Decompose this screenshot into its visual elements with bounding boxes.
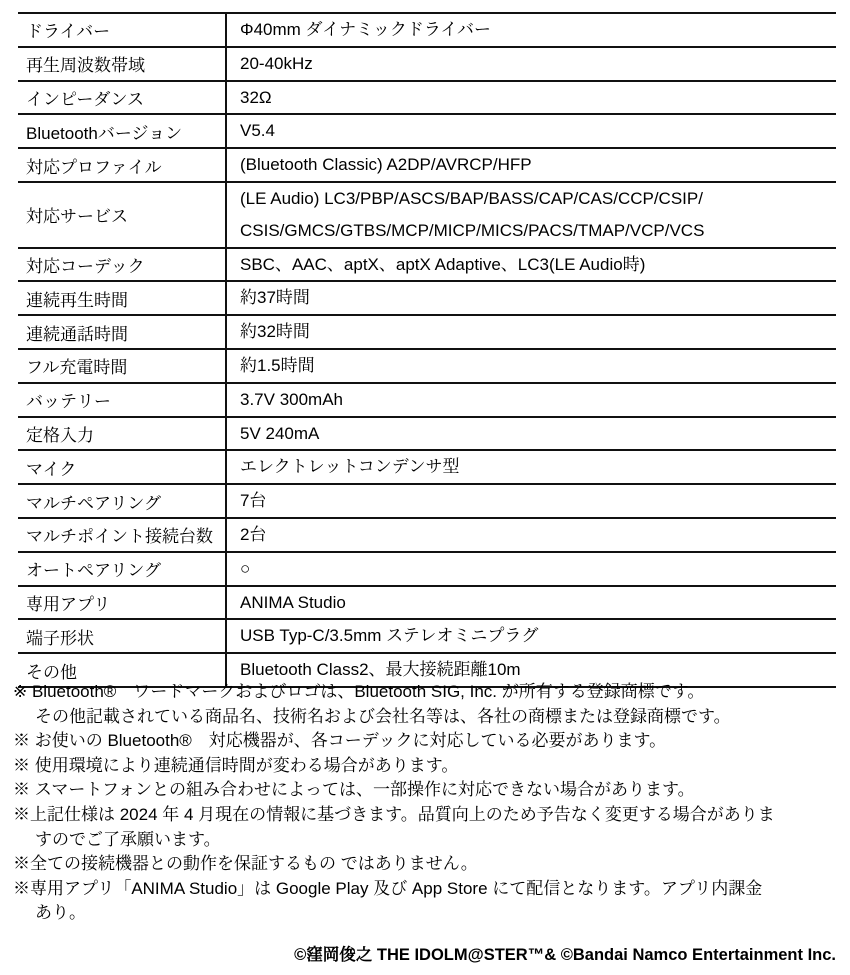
spec-value: Φ40mm ダイナミックドライバー	[226, 13, 836, 47]
spec-value: ANIMA Studio	[226, 586, 836, 620]
footnote-line: ※ お使いの Bluetooth® 対応機器が、各コーデックに対応している必要が…	[13, 729, 841, 754]
spec-value-line: 20-40kHz	[240, 48, 832, 80]
spec-value-line: (LE Audio) LC3/PBP/ASCS/BAP/BASS/CAP/CAS…	[240, 183, 832, 215]
spec-label: マルチポイント接続台数	[18, 518, 226, 552]
table-row: マルチポイント接続台数2台	[18, 518, 836, 552]
footnote: ※上記仕様は 2024 年 4 月現在の情報に基づきます。品質向上のため予告なく…	[13, 803, 841, 852]
table-row: インピーダンス32Ω	[18, 81, 836, 115]
table-row: フル充電時間約1.5時間	[18, 349, 836, 383]
table-row: マルチペアリング7台	[18, 484, 836, 518]
spec-value-line: 約32時間	[240, 316, 832, 348]
spec-value-line: 3.7V 300mAh	[240, 384, 832, 416]
footnote-line: ※ Bluetooth® ワードマークおよびロゴは、Bluetooth SIG,…	[13, 680, 841, 705]
table-row: マイクエレクトレットコンデンサ型	[18, 450, 836, 484]
table-row: BluetoothバージョンV5.4	[18, 114, 836, 148]
spec-value-line: 約1.5時間	[240, 350, 832, 382]
spec-value-line: ○	[240, 553, 832, 585]
spec-label: インピーダンス	[18, 81, 226, 115]
footnote: ※ お使いの Bluetooth® 対応機器が、各コーデックに対応している必要が…	[13, 729, 841, 754]
spec-value-line: 5V 240mA	[240, 418, 832, 450]
spec-value-line: (Bluetooth Classic) A2DP/AVRCP/HFP	[240, 149, 832, 181]
table-row: 対応プロファイル(Bluetooth Classic) A2DP/AVRCP/H…	[18, 148, 836, 182]
spec-label: 対応プロファイル	[18, 148, 226, 182]
spec-label: ドライバー	[18, 13, 226, 47]
footnote-line: ※全ての接続機器との動作を保証するもの ではありません。	[13, 852, 841, 877]
spec-value-line: SBC、AAC、aptX、aptX Adaptive、LC3(LE Audio時…	[240, 249, 832, 281]
spec-value: 5V 240mA	[226, 417, 836, 451]
spec-sheet-page: ドライバーΦ40mm ダイナミックドライバー再生周波数帯域20-40kHzインピ…	[0, 0, 850, 975]
spec-label: 連続通話時間	[18, 315, 226, 349]
spec-value-line: 7台	[240, 485, 832, 517]
spec-value-line: USB Typ-C/3.5mm ステレオミニプラグ	[240, 620, 832, 652]
spec-value: USB Typ-C/3.5mm ステレオミニプラグ	[226, 619, 836, 653]
spec-value: (LE Audio) LC3/PBP/ASCS/BAP/BASS/CAP/CAS…	[226, 182, 836, 248]
copyright-notice: ©窪岡俊之 THE IDOLM@STER™& ©Bandai Namco Ent…	[294, 941, 836, 965]
spec-label: 端子形状	[18, 619, 226, 653]
table-row: 再生周波数帯域20-40kHz	[18, 47, 836, 81]
table-row: 定格入力5V 240mA	[18, 417, 836, 451]
table-row: 対応サービス(LE Audio) LC3/PBP/ASCS/BAP/BASS/C…	[18, 182, 836, 248]
spec-table: ドライバーΦ40mm ダイナミックドライバー再生周波数帯域20-40kHzインピ…	[18, 12, 836, 688]
spec-value: 7台	[226, 484, 836, 518]
spec-value: (Bluetooth Classic) A2DP/AVRCP/HFP	[226, 148, 836, 182]
spec-value: 約32時間	[226, 315, 836, 349]
footnote: ※専用アプリ「ANIMA Studio」は Google Play 及び App…	[13, 877, 841, 926]
spec-label: フル充電時間	[18, 349, 226, 383]
spec-label: Bluetoothバージョン	[18, 114, 226, 148]
footnotes-section: ※ Bluetooth® ワードマークおよびロゴは、Bluetooth SIG,…	[13, 680, 841, 926]
spec-label: 定格入力	[18, 417, 226, 451]
spec-label: 専用アプリ	[18, 586, 226, 620]
spec-label: マイク	[18, 450, 226, 484]
footnote: ※全ての接続機器との動作を保証するもの ではありません。	[13, 852, 841, 877]
spec-value: 2台	[226, 518, 836, 552]
spec-value: エレクトレットコンデンサ型	[226, 450, 836, 484]
spec-value-line: 32Ω	[240, 82, 832, 114]
spec-value-line: エレクトレットコンデンサ型	[240, 451, 832, 483]
footnote: ※ スマートフォンとの組み合わせによっては、一部操作に対応できない場合があります…	[13, 778, 841, 803]
spec-value: 32Ω	[226, 81, 836, 115]
spec-value: ○	[226, 552, 836, 586]
footnote-line: すのでご了承願います。	[13, 828, 841, 853]
spec-label: 対応サービス	[18, 182, 226, 248]
table-row: 端子形状USB Typ-C/3.5mm ステレオミニプラグ	[18, 619, 836, 653]
footnote-line: ※ スマートフォンとの組み合わせによっては、一部操作に対応できない場合があります…	[13, 778, 841, 803]
table-row: バッテリー3.7V 300mAh	[18, 383, 836, 417]
footnote-line: ※専用アプリ「ANIMA Studio」は Google Play 及び App…	[13, 877, 841, 902]
table-row: 対応コーデックSBC、AAC、aptX、aptX Adaptive、LC3(LE…	[18, 248, 836, 282]
spec-label: バッテリー	[18, 383, 226, 417]
spec-value: 3.7V 300mAh	[226, 383, 836, 417]
spec-value-line: 2台	[240, 519, 832, 551]
table-row: ドライバーΦ40mm ダイナミックドライバー	[18, 13, 836, 47]
spec-value-line: ANIMA Studio	[240, 587, 832, 619]
spec-label: オートペアリング	[18, 552, 226, 586]
spec-value: SBC、AAC、aptX、aptX Adaptive、LC3(LE Audio時…	[226, 248, 836, 282]
spec-value-line: CSIS/GMCS/GTBS/MCP/MICP/MICS/PACS/TMAP/V…	[240, 215, 832, 247]
spec-label: 再生周波数帯域	[18, 47, 226, 81]
spec-value: V5.4	[226, 114, 836, 148]
spec-label: マルチペアリング	[18, 484, 226, 518]
spec-value-line: 約37時間	[240, 282, 832, 314]
spec-value-line: V5.4	[240, 115, 832, 147]
footnote: ※ Bluetooth® ワードマークおよびロゴは、Bluetooth SIG,…	[13, 680, 841, 729]
table-row: 専用アプリANIMA Studio	[18, 586, 836, 620]
spec-value-line: Φ40mm ダイナミックドライバー	[240, 14, 832, 46]
footnote-line: ※上記仕様は 2024 年 4 月現在の情報に基づきます。品質向上のため予告なく…	[13, 803, 841, 828]
footnote: ※ 使用環境により連続通信時間が変わる場合があります。	[13, 754, 841, 779]
footnote-line: あり。	[13, 901, 841, 926]
footnote-line: その他記載されている商品名、技術名および会社名等は、各社の商標または登録商標です…	[13, 705, 841, 730]
spec-label: 連続再生時間	[18, 281, 226, 315]
spec-value: 約1.5時間	[226, 349, 836, 383]
spec-value: 約37時間	[226, 281, 836, 315]
footnote-line: ※ 使用環境により連続通信時間が変わる場合があります。	[13, 754, 841, 779]
spec-label: 対応コーデック	[18, 248, 226, 282]
table-row: 連続通話時間約32時間	[18, 315, 836, 349]
spec-table-body: ドライバーΦ40mm ダイナミックドライバー再生周波数帯域20-40kHzインピ…	[18, 13, 836, 687]
table-row: オートペアリング○	[18, 552, 836, 586]
table-row: 連続再生時間約37時間	[18, 281, 836, 315]
spec-value: 20-40kHz	[226, 47, 836, 81]
